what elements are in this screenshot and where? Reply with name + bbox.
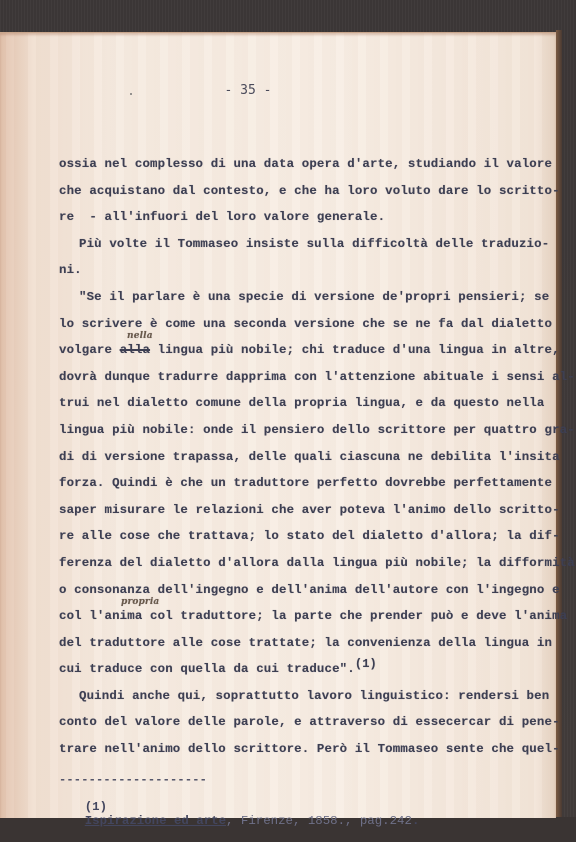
struck-word: alla	[120, 343, 150, 357]
text-line: trui nel dialetto comune della propria l…	[59, 390, 539, 417]
text-line: ferenza del dialetto d'allora dalla ling…	[59, 550, 539, 577]
text-line: re - all'infuori del loro valore general…	[59, 204, 539, 231]
footnote-marker: (1)	[85, 800, 107, 814]
handwritten-correction: propria	[121, 597, 159, 607]
line-text: trui nel dialetto comune della propria l…	[59, 396, 544, 410]
text-line: conto del valore delle parole, e attrave…	[59, 709, 539, 736]
text-line: ossia nel complesso di una data opera d'…	[59, 151, 539, 178]
typewritten-page: - 35 - ossia nel complesso di una data o…	[0, 32, 556, 817]
text-line: lingua più nobile: onde il pensiero dell…	[59, 417, 539, 444]
text-line: col l'anima col traduttore; la parte che…	[59, 603, 539, 630]
line-text: o consonanza dell'ingegno e dell'anima d…	[59, 583, 560, 597]
line-text: trare nell'animo dello scrittore. Però i…	[59, 742, 560, 756]
line-text: Quindi anche qui, soprattutto lavoro lin…	[79, 689, 549, 703]
line-text: Più volte il Tommaseo insiste sulla diff…	[79, 237, 549, 251]
text-line: di di versione trapassa, delle quali cia…	[59, 444, 539, 471]
text-line: trare nell'animo dello scrittore. Però i…	[59, 736, 539, 763]
text-line: che acquistano dal contesto, e che ha lo…	[59, 178, 539, 205]
text-line: Più volte il Tommaseo insiste sulla diff…	[59, 231, 539, 258]
line-text: che acquistano dal contesto, e che ha lo…	[59, 184, 560, 198]
line-text: lingua più nobile; chi traduce d'una lin…	[150, 343, 560, 357]
body-text: ossia nel complesso di una data opera d'…	[59, 151, 539, 763]
line-text: saper misurare le relazioni che aver pot…	[59, 503, 560, 517]
page-number: - 35 -	[0, 83, 496, 98]
text-line: Quindi anche qui, soprattutto lavoro lin…	[59, 683, 539, 710]
line-text: del traduttore alle cose trattate; la co…	[59, 636, 552, 650]
line-text: ni.	[59, 263, 82, 277]
text-line: dovrà dunque tradurre dapprima con l'att…	[59, 364, 539, 391]
handwritten-correction: nella	[127, 331, 153, 341]
line-text: forza. Quindi è che un traduttore perfet…	[59, 476, 552, 490]
text-line: cui traduce con quella da cui traduce".(…	[59, 656, 539, 683]
line-text: cui traduce con quella da cui traduce".	[59, 662, 355, 676]
text-line: saper misurare le relazioni che aver pot…	[59, 497, 539, 524]
line-text: lingua più nobile: onde il pensiero dell…	[59, 423, 575, 437]
line-text: volgare	[59, 343, 120, 357]
footnote: (1) Ispirazione ed arte, Firenze, 1858.,…	[55, 786, 419, 817]
text-line: ni.	[59, 257, 539, 284]
line-text: "Se il parlare è una specie di versione …	[79, 290, 549, 304]
text-line: "Se il parlare è una specie di versione …	[59, 284, 539, 311]
line-text: ossia nel complesso di una data opera d'…	[59, 157, 552, 171]
footnote-separator: --------------------	[59, 773, 207, 787]
text-line: volgare alla lingua più nobile; chi trad…	[59, 337, 539, 364]
line-text: re alle cose che trattava; lo stato del …	[59, 529, 560, 543]
line-text: dovrà dunque tradurre dapprima con l'att…	[59, 370, 575, 384]
text-line: re alle cose che trattava; lo stato del …	[59, 523, 539, 550]
line-text: lo scrivere è come una seconda versione …	[59, 317, 552, 331]
line-text: col l'anima col traduttore; la parte che…	[59, 609, 567, 623]
line-text: re - all'infuori del loro valore general…	[59, 210, 385, 224]
text-line: forza. Quindi è che un traduttore perfet…	[59, 470, 539, 497]
line-text: di di versione trapassa, delle quali cia…	[59, 450, 560, 464]
line-text: conto del valore delle parole, e attrave…	[59, 715, 560, 729]
text-line: del traduttore alle cose trattate; la co…	[59, 630, 539, 657]
line-text: ferenza del dialetto d'allora dalla ling…	[59, 556, 575, 570]
footnote-reference: (1)	[355, 657, 377, 671]
